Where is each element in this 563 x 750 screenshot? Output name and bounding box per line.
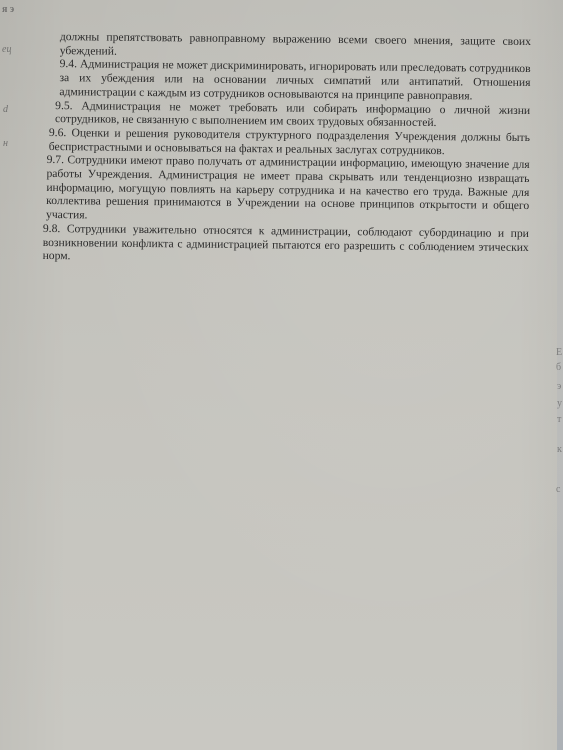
right-margin-mark: к xyxy=(557,444,562,455)
right-margin-mark: Е xyxy=(556,347,562,358)
left-margin-mark: ец xyxy=(2,44,11,55)
left-margin-mark: d xyxy=(3,104,8,115)
right-margin-mark: б xyxy=(556,362,561,373)
left-margin-mark: я э xyxy=(2,4,14,15)
paragraph-9-8: 9.8. Сотрудники уважительно относятся к … xyxy=(43,222,529,268)
paragraph-9-7: 9.7. Сотрудники имеют право получать от … xyxy=(46,153,530,227)
right-margin-mark: с xyxy=(556,484,560,495)
photographed-document-page: я э ец d н Е б э у т к с должны препятст… xyxy=(0,0,563,750)
right-margin-mark: э xyxy=(557,381,561,392)
right-margin-mark: у xyxy=(557,398,562,409)
left-margin-mark: н xyxy=(3,138,8,149)
page-edge-shadow xyxy=(557,0,563,750)
right-margin-mark: т xyxy=(557,414,561,425)
paragraph-9-4: 9.4. Администрация не может дискриминиро… xyxy=(47,57,530,103)
document-body: должны препятствовать равноправному выра… xyxy=(46,30,531,268)
